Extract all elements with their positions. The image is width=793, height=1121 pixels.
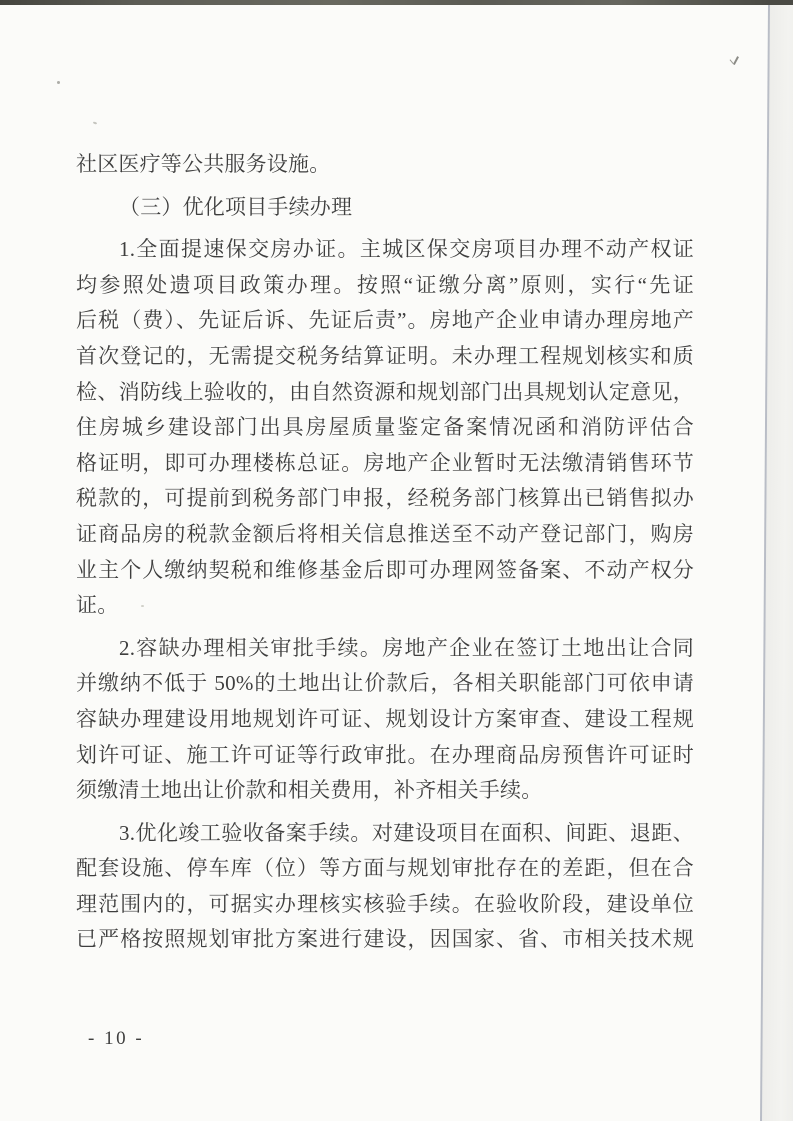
text-line: 格证明，即可办理楼栋总证。房地产企业暂时无法缴清销售环节	[76, 446, 694, 482]
text-line: 容缺办理建设用地规划许可证、规划设计方案审查、建设工程规	[76, 702, 694, 738]
text-line: 须缴清土地出让价款和相关费用，补齐相关手续。	[76, 773, 694, 809]
text-line: 2.容缺办理相关审批手续。房地产企业在签订土地出让合同	[76, 631, 694, 667]
scan-speck	[57, 81, 60, 84]
text-line: 1.全面提速保交房办证。主城区保交房项目办理不动产权证	[76, 232, 694, 268]
pencil-mark	[730, 55, 740, 66]
text-line: 业主个人缴纳契税和维修基金后即可办理网签备案、不动产权分	[76, 553, 694, 589]
scan-top-edge-artifact	[0, 0, 793, 5]
text-line: 3.优化竣工验收备案手续。对建设项目在面积、间距、退距、	[76, 816, 694, 852]
page-number: - 10 -	[88, 1028, 144, 1050]
text-line: 税款的，可提前到税务部门申报，经税务部门核算出已销售拟办	[76, 481, 694, 517]
section-heading: （三）优化项目手续办理	[76, 190, 694, 226]
text-line: 并缴纳不低于 50%的土地出让价款后，各相关职能部门可依申请	[76, 666, 694, 702]
text-line: 证。	[76, 588, 694, 624]
text-line: 均参照处遗项目政策办理。按照“证缴分离”原则，实行“先证	[76, 268, 694, 304]
text-line: 划许可证、施工许可证等行政审批。在办理商品房预售许可证时	[76, 738, 694, 774]
text-line: 已严格按照规划审批方案进行建设，因国家、省、市相关技术规	[76, 922, 694, 958]
text-line: 住房城乡建设部门出具房屋质量鉴定备案情况函和消防评估合	[76, 410, 694, 446]
document-text: 社区医疗等公共服务设施。 （三）优化项目手续办理 1.全面提速保交房办证。主城区…	[76, 147, 694, 958]
text-line: 后税（费）、先证后诉、先证后责”。房地产企业申请办理房地产	[76, 303, 694, 339]
text-line: 理范围内的，可据实办理核实核验手续。在验收阶段，建设单位	[76, 887, 694, 923]
text-line-continuation: 社区医疗等公共服务设施。	[76, 147, 694, 183]
document-page: 社区医疗等公共服务设施。 （三）优化项目手续办理 1.全面提速保交房办证。主城区…	[0, 0, 793, 1121]
text-line: 首次登记的，无需提交税务结算证明。未办理工程规划核实和质	[76, 339, 694, 375]
scan-speck	[93, 121, 97, 124]
page-right-edge-shade	[760, 5, 793, 1121]
text-line: 证商品房的税款金额后将相关信息推送至不动产登记部门，购房	[76, 517, 694, 553]
text-line: 检、消防线上验收的，由自然资源和规划部门出具规划认定意见，	[76, 375, 694, 411]
text-line: 配套设施、停车库（位）等方面与规划审批存在的差距，但在合	[76, 851, 694, 887]
